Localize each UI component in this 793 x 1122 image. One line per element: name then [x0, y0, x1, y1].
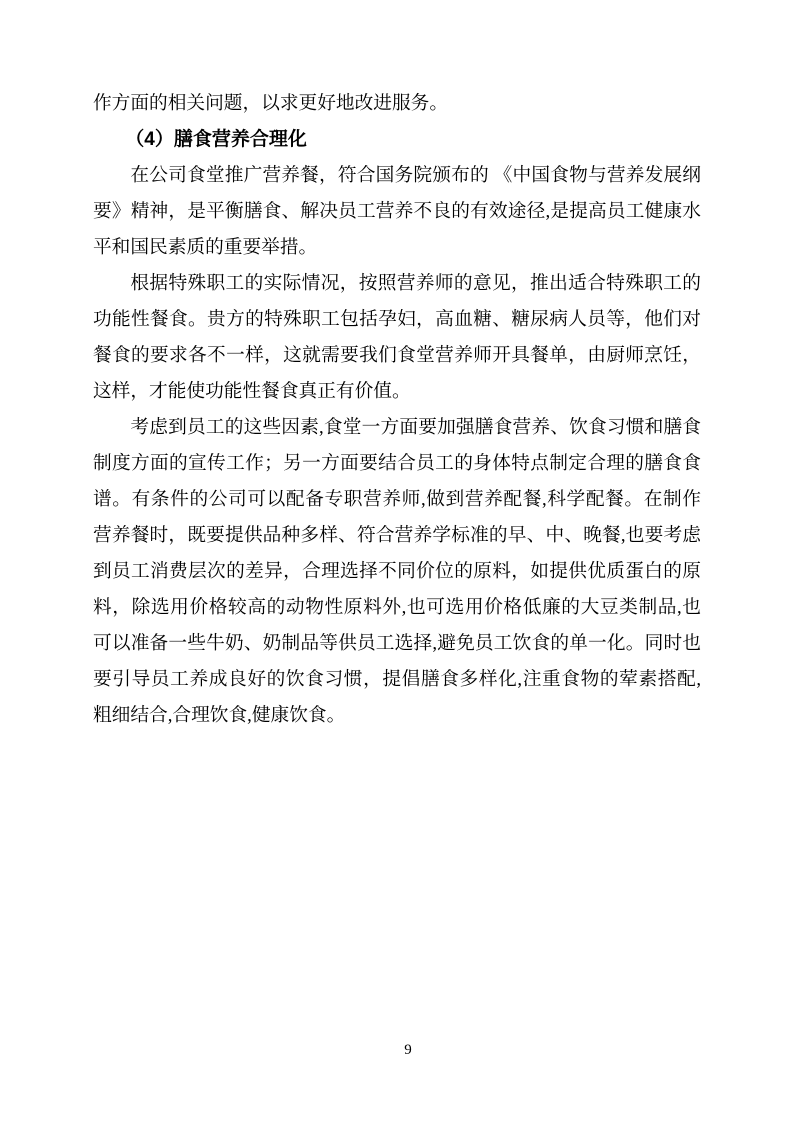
- text-line: 营养餐时，既要提供品种多样、符合营养学标准的早、中、晚餐,也要考虑: [93, 518, 701, 554]
- text-line: 谱。有条件的公司可以配备专职营养师,做到营养配餐,科学配餐。在制作: [93, 482, 701, 518]
- document-body: 作方面的相关问题，以求更好地改进服务。（4）膳食营养合理化在公司食堂推广营养餐，…: [93, 86, 701, 734]
- page-number: 9: [93, 1040, 723, 1060]
- text-line: 在公司食堂推广营养餐，符合国务院颁布的 《中国食物与营养发展纲: [93, 158, 701, 194]
- paragraph: 根据特殊职工的实际情况，按照营养师的意见，推出适合特殊职工的功能性餐食。贵方的特…: [93, 266, 701, 410]
- paragraph: 在公司食堂推广营养餐，符合国务院颁布的 《中国食物与营养发展纲要》精神，是平衡膳…: [93, 158, 701, 266]
- text-line: 料，除选用价格较高的动物性原料外,也可选用价格低廉的大豆类制品,也: [93, 590, 701, 626]
- text-line: 制度方面的宣传工作；另一方面要结合员工的身体特点制定合理的膳食食: [93, 446, 701, 482]
- paragraph-continuation: 作方面的相关问题，以求更好地改进服务。: [93, 86, 701, 122]
- text-line: 粗细结合,合理饮食,健康饮食。: [93, 698, 701, 734]
- text-line: 根据特殊职工的实际情况，按照营养师的意见，推出适合特殊职工的: [93, 266, 701, 302]
- text-line: 餐食的要求各不一样，这就需要我们食堂营养师开具餐单，由厨师烹饪，: [93, 338, 701, 374]
- text-line: 这样，才能使功能性餐食真正有价值。: [93, 374, 701, 410]
- section-heading: （4）膳食营养合理化: [93, 122, 701, 158]
- text-line: 平和国民素质的重要举措。: [93, 230, 701, 266]
- text-line: 要》精神，是平衡膳食、解决员工营养不良的有效途径,是提高员工健康水: [93, 194, 701, 230]
- paragraph: 考虑到员工的这些因素,食堂一方面要加强膳食营养、饮食习惯和膳食制度方面的宣传工作…: [93, 410, 701, 734]
- text-line: 作方面的相关问题，以求更好地改进服务。: [93, 86, 701, 122]
- text-line: 到员工消费层次的差异，合理选择不同价位的原料，如提供优质蛋白的原: [93, 554, 701, 590]
- text-line: 要引导员工养成良好的饮食习惯，提倡膳食多样化,注重食物的荤素搭配,: [93, 662, 701, 698]
- text-line: 可以准备一些牛奶、奶制品等供员工选择,避免员工饮食的单一化。同时也: [93, 626, 701, 662]
- text-line: 功能性餐食。贵方的特殊职工包括孕妇，高血糖、糖尿病人员等，他们对: [93, 302, 701, 338]
- document-page: 作方面的相关问题，以求更好地改进服务。（4）膳食营养合理化在公司食堂推广营养餐，…: [0, 0, 793, 1122]
- text-line: 考虑到员工的这些因素,食堂一方面要加强膳食营养、饮食习惯和膳食: [93, 410, 701, 446]
